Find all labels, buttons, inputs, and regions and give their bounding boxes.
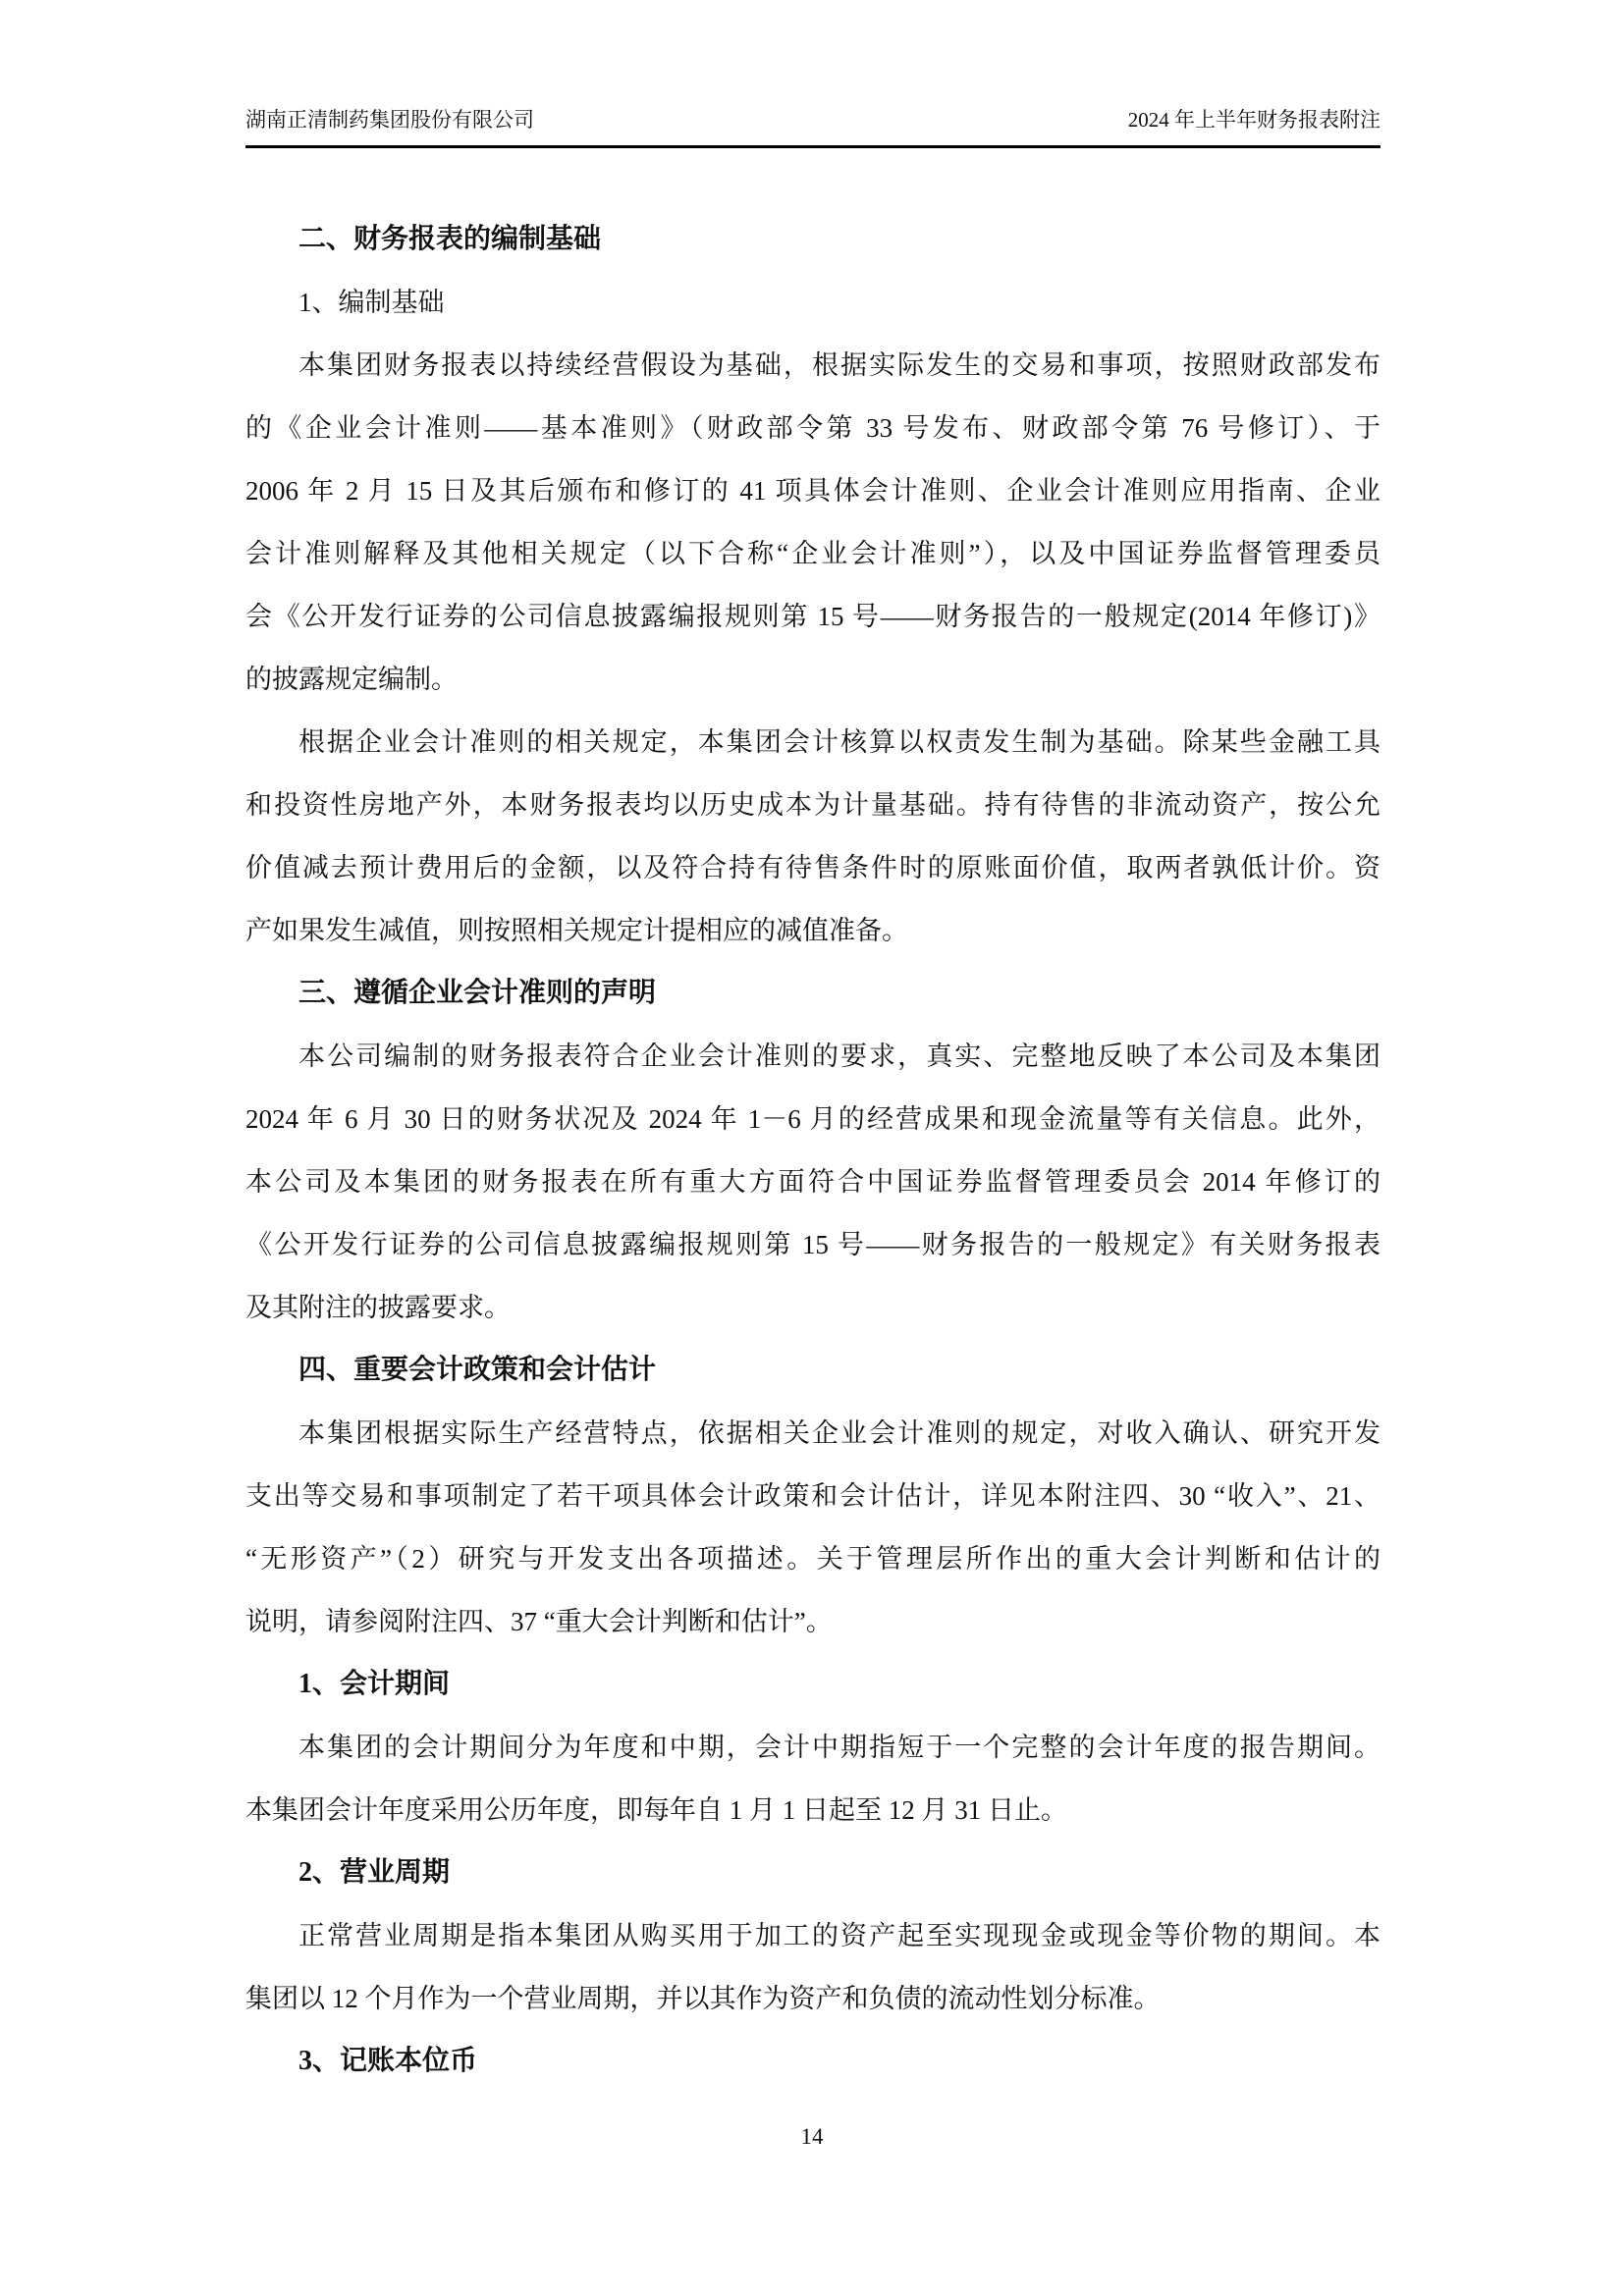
page-footer: 14 bbox=[0, 2120, 1624, 2154]
page-number: 14 bbox=[801, 2124, 824, 2149]
paragraph-last-line: 本集团会计年度采用公历年度，即每年自 1 月 1 日起至 12 月 31 日止。 bbox=[245, 1779, 1380, 1842]
paragraph-last-line: 说明，请参阅附注四、37 “重大会计判断和估计”。 bbox=[245, 1590, 1380, 1653]
paragraph-last-line: 产如果发生减值，则按照相关规定计提相应的减值准备。 bbox=[245, 899, 1380, 962]
paragraph-line: 本公司及本集团的财务报表在所有重大方面符合中国证券监督管理委员会 2014 年修… bbox=[245, 1150, 1380, 1213]
paragraph-line: 支出等交易和事项制定了若干项具体会计政策和会计估计，详见本附注四、30 “收入”… bbox=[245, 1465, 1380, 1527]
header-row: 湖南正清制药集团股份有限公司 2024 年上半年财务报表附注 bbox=[245, 104, 1380, 135]
paragraph-first-line: 本集团财务报表以持续经营假设为基础，根据实际发生的交易和事项，按照财政部发布 bbox=[245, 334, 1380, 397]
paragraph-line: 2024 年 6 月 30 日的财务状况及 2024 年 1－6 月的经营成果和… bbox=[245, 1088, 1380, 1150]
paragraph-first-line: 本公司编制的财务报表符合企业会计准则的要求，真实、完整地反映了本公司及本集团 bbox=[245, 1025, 1380, 1088]
section-heading: 2、营业周期 bbox=[245, 1842, 1380, 1904]
paragraph-first-line: 正常营业周期是指本集团从购买用于加工的资产起至实现现金或现金等价物的期间。本 bbox=[245, 1904, 1380, 1967]
company-name: 湖南正清制药集团股份有限公司 bbox=[245, 104, 534, 135]
paragraph-last-line: 及其附注的披露要求。 bbox=[245, 1276, 1380, 1339]
paragraph-line: 的《企业会计准则——基本准则》（财政部令第 33 号发布、财政部令第 76 号修… bbox=[245, 397, 1380, 459]
paragraph-line: 价值减去预计费用后的金额，以及符合持有待售条件时的原账面价值，取两者孰低计价。资 bbox=[245, 836, 1380, 899]
paragraph-line: 和投资性房地产外，本财务报表均以历史成本为计量基础。持有待售的非流动资产，按公允 bbox=[245, 774, 1380, 836]
section-heading: 1、会计期间 bbox=[245, 1653, 1380, 1716]
paragraph-first-line: 本集团的会计期间分为年度和中期，会计中期指短于一个完整的会计年度的报告期间。 bbox=[245, 1716, 1380, 1779]
paragraph-first-line: 本集团根据实际生产经营特点，依据相关企业会计准则的规定，对收入确认、研究开发 bbox=[245, 1402, 1380, 1465]
section-heading: 二、财务报表的编制基础 bbox=[245, 208, 1380, 271]
page-header: 湖南正清制药集团股份有限公司 2024 年上半年财务报表附注 bbox=[245, 104, 1380, 148]
paragraph-line: 会计准则解释及其他相关规定（以下合称“企业会计准则”），以及中国证券监督管理委员 bbox=[245, 522, 1380, 585]
document-page: 湖南正清制药集团股份有限公司 2024 年上半年财务报表附注 二、财务报表的编制… bbox=[0, 0, 1624, 2296]
subsection-heading: 1、编制基础 bbox=[245, 271, 1380, 334]
paragraph-line: 会《公开发行证券的公司信息披露编报规则第 15 号——财务报告的一般规定(201… bbox=[245, 585, 1380, 648]
paragraph-first-line: 根据企业会计准则的相关规定，本集团会计核算以权责发生制为基础。除某些金融工具 bbox=[245, 711, 1380, 774]
section-heading: 三、遵循企业会计准则的声明 bbox=[245, 962, 1380, 1025]
document-body: 二、财务报表的编制基础1、编制基础本集团财务报表以持续经营假设为基础，根据实际发… bbox=[245, 208, 1380, 2093]
paragraph-last-line: 集团以 12 个月作为一个营业周期，并以其作为资产和负债的流动性划分标准。 bbox=[245, 1967, 1380, 2030]
paragraph-line: 《公开发行证券的公司信息披露编报规则第 15 号——财务报告的一般规定》有关财务… bbox=[245, 1213, 1380, 1276]
section-heading: 3、记账本位币 bbox=[245, 2030, 1380, 2093]
paragraph-line: 2006 年 2 月 15 日及其后颁布和修订的 41 项具体会计准则、企业会计… bbox=[245, 459, 1380, 522]
section-heading: 四、重要会计政策和会计估计 bbox=[245, 1339, 1380, 1402]
paragraph-last-line: 的披露规定编制。 bbox=[245, 648, 1380, 711]
paragraph-line: “无形资产”（2）研究与开发支出各项描述。关于管理层所作出的重大会计判断和估计的 bbox=[245, 1527, 1380, 1590]
report-title: 2024 年上半年财务报表附注 bbox=[1128, 104, 1380, 135]
